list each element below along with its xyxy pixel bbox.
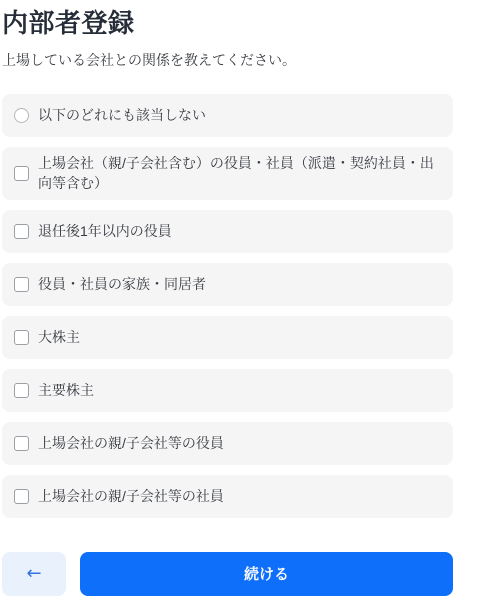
option-row[interactable]: 以下のどれにも該当しない [2, 94, 453, 137]
option-label: 上場会社（親/子会社含む）の役員・社員（派遣・契約社員・出向等含む） [38, 153, 439, 194]
back-arrow-icon: ← [26, 565, 41, 583]
option-label: 役員・社員の家族・同居者 [38, 274, 206, 294]
checkbox-icon[interactable] [14, 330, 29, 345]
option-row[interactable]: 上場会社の親/子会社等の役員 [2, 422, 453, 465]
checkbox-icon[interactable] [14, 489, 29, 504]
option-row[interactable]: 上場会社の親/子会社等の社員 [2, 475, 453, 518]
option-row[interactable]: 主要株主 [2, 369, 453, 412]
options-list: 以下のどれにも該当しない 上場会社（親/子会社含む）の役員・社員（派遣・契約社員… [2, 94, 453, 518]
back-button[interactable]: ← [2, 552, 66, 596]
option-label: 退任後1年以内の役員 [38, 221, 172, 241]
checkbox-icon[interactable] [14, 383, 29, 398]
option-label: 上場会社の親/子会社等の社員 [38, 486, 224, 506]
option-row[interactable]: 上場会社（親/子会社含む）の役員・社員（派遣・契約社員・出向等含む） [2, 147, 453, 200]
footer: ← 続ける [2, 552, 453, 596]
option-label: 上場会社の親/子会社等の役員 [38, 433, 224, 453]
checkbox-icon[interactable] [14, 166, 29, 181]
option-row[interactable]: 退任後1年以内の役員 [2, 210, 453, 253]
checkbox-icon[interactable] [14, 224, 29, 239]
checkbox-icon[interactable] [14, 277, 29, 292]
checkbox-icon[interactable] [14, 436, 29, 451]
radio-icon[interactable] [14, 108, 29, 123]
continue-button[interactable]: 続ける [80, 552, 453, 596]
option-row[interactable]: 役員・社員の家族・同居者 [2, 263, 453, 306]
page-title: 内部者登録 [2, 6, 453, 40]
option-label: 主要株主 [38, 380, 94, 400]
option-row[interactable]: 大株主 [2, 316, 453, 359]
page-subtitle: 上場している会社との関係を教えてください。 [2, 50, 453, 70]
option-label: 大株主 [38, 327, 80, 347]
option-label: 以下のどれにも該当しない [38, 105, 206, 125]
